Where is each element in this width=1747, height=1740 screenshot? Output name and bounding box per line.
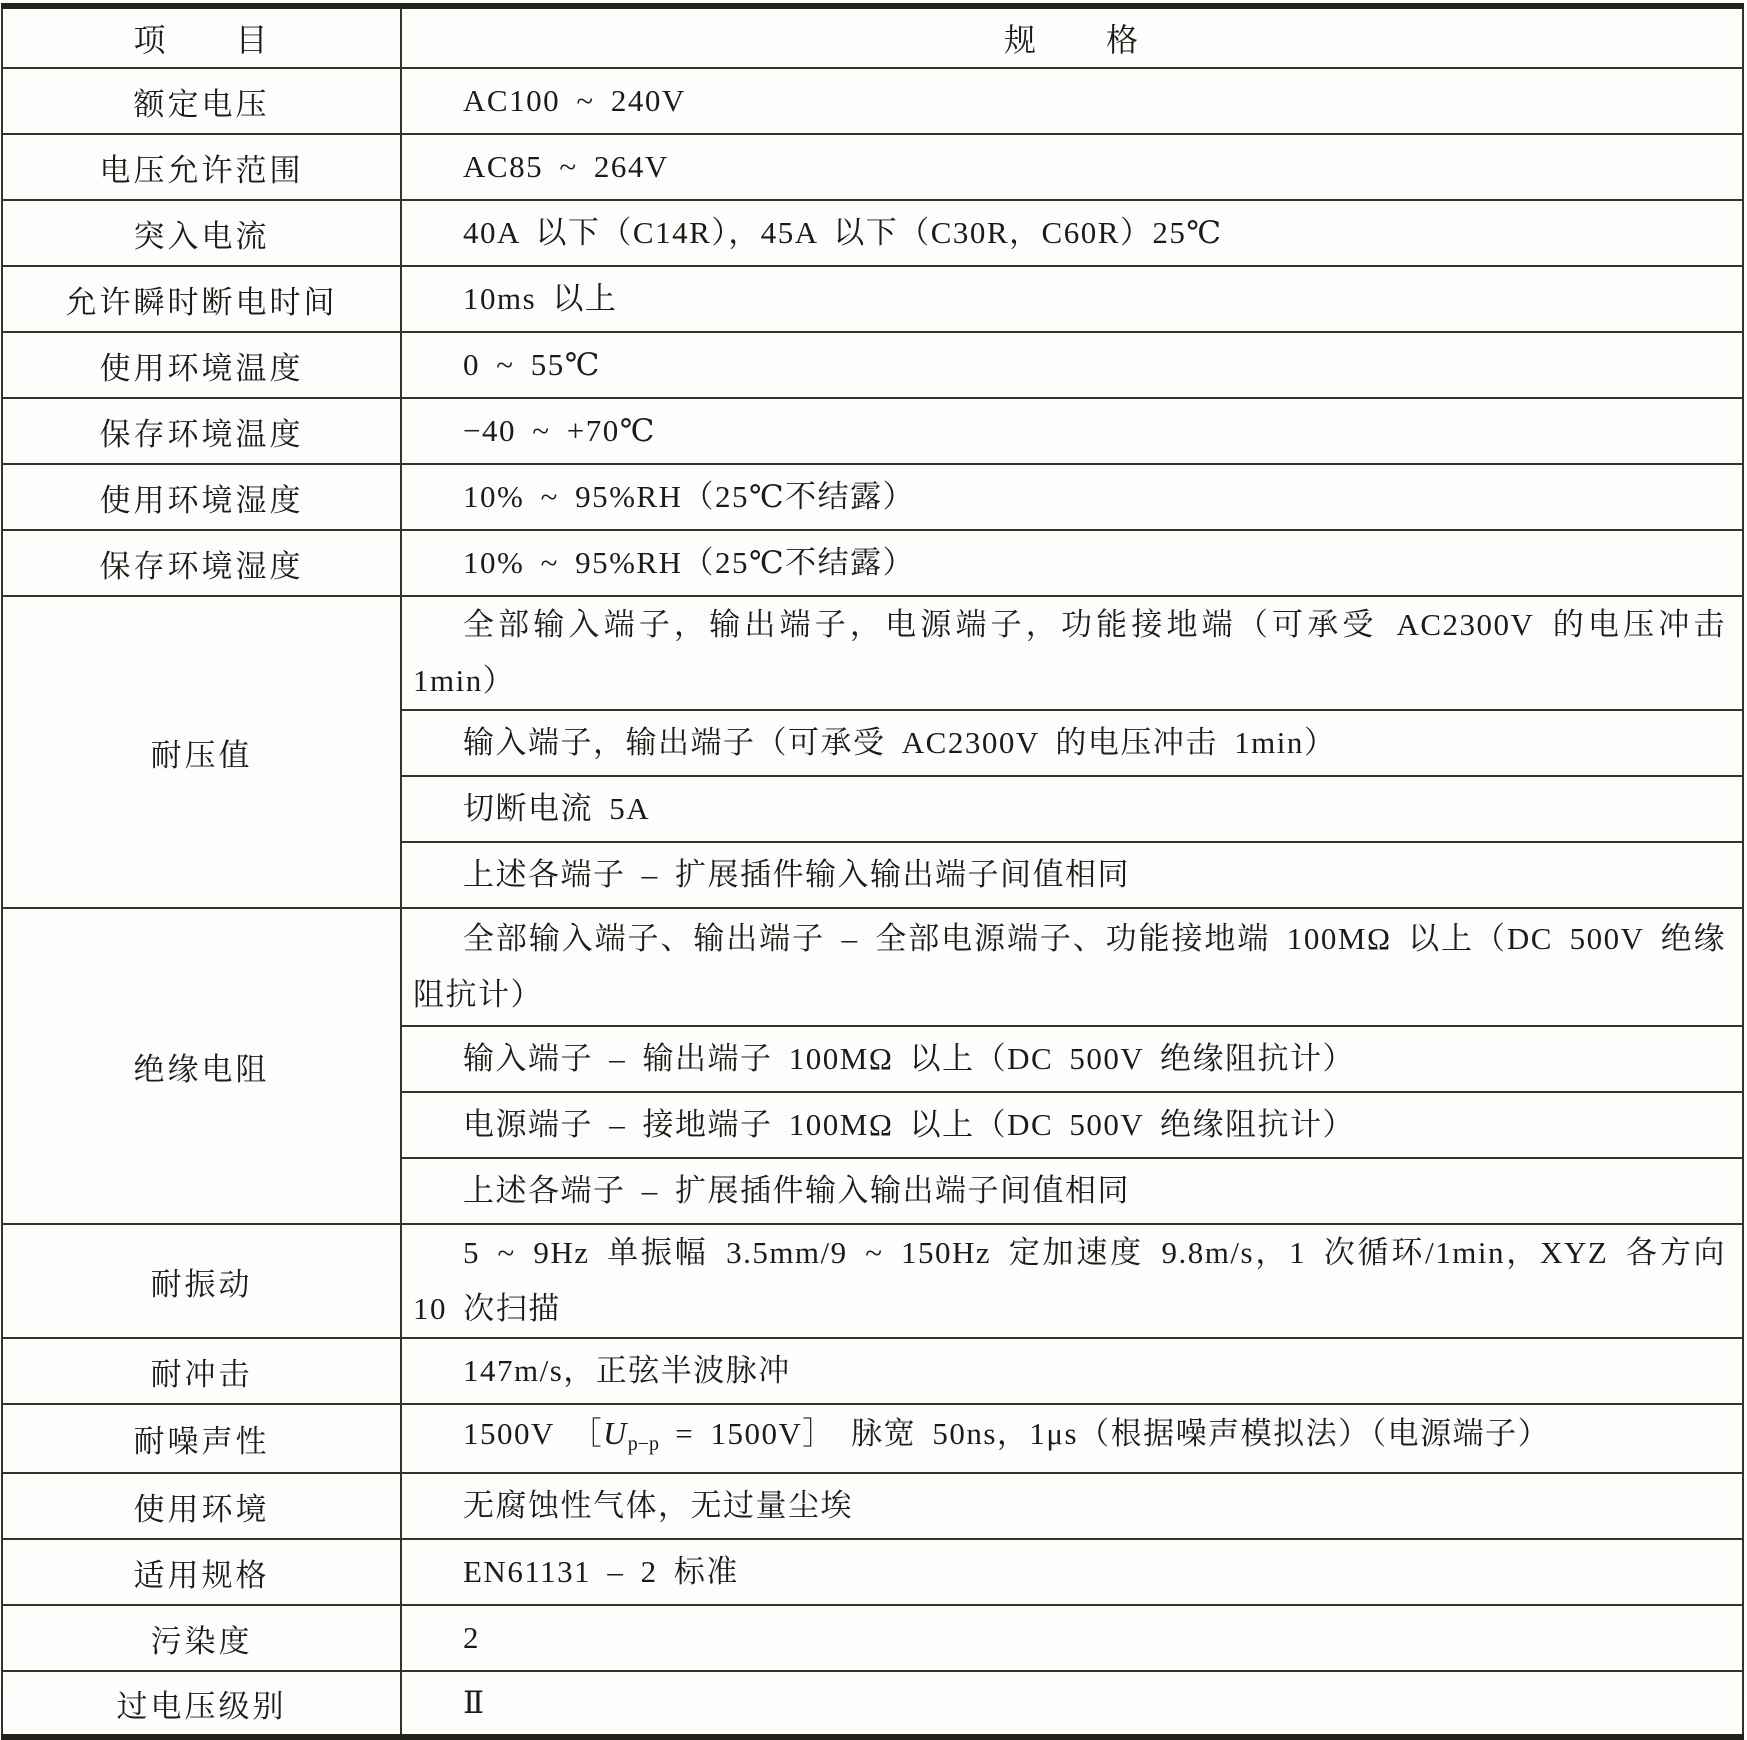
spec-cell: 10% ~ 95%RH（25℃不结露） [401, 464, 1743, 530]
spec-cell: 147m/s，正弦半波脉冲 [401, 1338, 1743, 1404]
row-rated-voltage: 额定电压 AC100 ~ 240V [2, 68, 1743, 134]
item-cell: 额定电压 [2, 68, 401, 134]
spec-table: 项 目 规 格 额定电压 AC100 ~ 240V 电压允许范围 AC85 ~ … [1, 3, 1744, 1740]
spec-cell: 全部输入端子，输出端子，电源端子，功能接地端（可承受 AC2300V 的电压冲击… [401, 596, 1743, 710]
spec-text: 2 [402, 1610, 1742, 1666]
spec-text: 40A 以下（C14R），45A 以下（C30R，C60R）25℃ [402, 205, 1742, 261]
spec-cell: 10ms 以上 [401, 266, 1743, 332]
spec-text: 无腐蚀性气体，无过量尘埃 [402, 1478, 1742, 1534]
item-cell: 保存环境湿度 [2, 530, 401, 596]
row-withstand-voltage: 耐压值 全部输入端子，输出端子，电源端子，功能接地端（可承受 AC2300V 的… [2, 596, 1743, 710]
row-insulation-resistance: 绝缘电阻 全部输入端子、输出端子 – 全部电源端子、功能接地端 100MΩ 以上… [2, 908, 1743, 1026]
noise-spec-suffix: = 1500V］ 脉宽 50ns，1μs（根据噪声模拟法）（电源端子） [659, 1416, 1550, 1451]
item-cell: 电压允许范围 [2, 134, 401, 200]
spec-text: 电源端子 – 接地端子 100MΩ 以上（DC 500V 绝缘阻抗计） [402, 1097, 1742, 1153]
spec-text: 输入端子 – 输出端子 100MΩ 以上（DC 500V 绝缘阻抗计） [402, 1031, 1742, 1087]
spec-text: 5 ~ 9Hz 单振幅 3.5mm/9 ~ 150Hz 定加速度 9.8m/s，… [402, 1225, 1742, 1337]
spec-cell: EN61131 – 2 标准 [401, 1539, 1743, 1605]
spec-text: 147m/s，正弦半波脉冲 [402, 1343, 1742, 1399]
header-row: 项 目 规 格 [2, 6, 1743, 68]
spec-cell: 1500V ［Up−p = 1500V］ 脉宽 50ns，1μs（根据噪声模拟法… [401, 1404, 1743, 1473]
item-cell: 使用环境 [2, 1473, 401, 1539]
row-operating-temperature: 使用环境温度 0 ~ 55℃ [2, 332, 1743, 398]
spec-text: −40 ~ +70℃ [402, 403, 1742, 459]
spec-cell: 切断电流 5A [401, 776, 1743, 842]
spec-text: 10ms 以上 [402, 271, 1742, 327]
row-operating-humidity: 使用环境湿度 10% ~ 95%RH（25℃不结露） [2, 464, 1743, 530]
spec-cell: −40 ~ +70℃ [401, 398, 1743, 464]
row-overvoltage-category: 过电压级别 Ⅱ [2, 1671, 1743, 1737]
spec-text: 全部输入端子、输出端子 – 全部电源端子、功能接地端 100MΩ 以上（DC 5… [402, 911, 1742, 1023]
spec-cell: 上述各端子 – 扩展插件输入输出端子间值相同 [401, 842, 1743, 908]
spec-cell: 上述各端子 – 扩展插件输入输出端子间值相同 [401, 1158, 1743, 1224]
spec-text: 切断电流 5A [402, 781, 1742, 837]
spec-cell: 40A 以下（C14R），45A 以下（C30R，C60R）25℃ [401, 200, 1743, 266]
row-pollution-degree: 污染度 2 [2, 1605, 1743, 1671]
row-power-interruption-time: 允许瞬时断电时间 10ms 以上 [2, 266, 1743, 332]
spec-cell: 5 ~ 9Hz 单振幅 3.5mm/9 ~ 150Hz 定加速度 9.8m/s，… [401, 1224, 1743, 1338]
spec-cell: 无腐蚀性气体，无过量尘埃 [401, 1473, 1743, 1539]
item-cell: 耐振动 [2, 1224, 401, 1338]
spec-text: 全部输入端子，输出端子，电源端子，功能接地端（可承受 AC2300V 的电压冲击… [402, 597, 1742, 709]
spec-text: AC85 ~ 264V [402, 139, 1742, 195]
item-cell: 耐噪声性 [2, 1404, 401, 1473]
item-cell: 保存环境温度 [2, 398, 401, 464]
spec-text: 0 ~ 55℃ [402, 337, 1742, 393]
spec-text: 输入端子，输出端子（可承受 AC2300V 的电压冲击 1min） [402, 715, 1742, 771]
item-cell: 适用规格 [2, 1539, 401, 1605]
row-storage-temperature: 保存环境温度 −40 ~ +70℃ [2, 398, 1743, 464]
spec-cell: 输入端子 – 输出端子 100MΩ 以上（DC 500V 绝缘阻抗计） [401, 1026, 1743, 1092]
item-cell: 允许瞬时断电时间 [2, 266, 401, 332]
spec-text: 1500V ［Up−p = 1500V］ 脉宽 50ns，1μs（根据噪声模拟法… [402, 1405, 1742, 1472]
item-cell: 突入电流 [2, 200, 401, 266]
spec-text: 10% ~ 95%RH（25℃不结露） [402, 535, 1742, 591]
row-voltage-range: 电压允许范围 AC85 ~ 264V [2, 134, 1743, 200]
spec-text: AC100 ~ 240V [402, 73, 1742, 129]
row-inrush-current: 突入电流 40A 以下（C14R），45A 以下（C30R，C60R）25℃ [2, 200, 1743, 266]
row-applicable-standard: 适用规格 EN61131 – 2 标准 [2, 1539, 1743, 1605]
voltage-variable: U [603, 1415, 628, 1451]
voltage-subscript: p−p [628, 1433, 659, 1455]
spec-cell: 0 ~ 55℃ [401, 332, 1743, 398]
spec-cell: Ⅱ [401, 1671, 1743, 1737]
row-vibration-resistance: 耐振动 5 ~ 9Hz 单振幅 3.5mm/9 ~ 150Hz 定加速度 9.8… [2, 1224, 1743, 1338]
item-cell: 使用环境湿度 [2, 464, 401, 530]
item-cell: 污染度 [2, 1605, 401, 1671]
spec-cell: 2 [401, 1605, 1743, 1671]
spec-text: Ⅱ [402, 1675, 1742, 1731]
spec-cell: AC85 ~ 264V [401, 134, 1743, 200]
header-item: 项 目 [2, 6, 401, 68]
row-operating-environment: 使用环境 无腐蚀性气体，无过量尘埃 [2, 1473, 1743, 1539]
spec-text: EN61131 – 2 标准 [402, 1544, 1742, 1600]
item-cell: 绝缘电阻 [2, 908, 401, 1224]
row-noise-immunity: 耐噪声性 1500V ［Up−p = 1500V］ 脉宽 50ns，1μs（根据… [2, 1404, 1743, 1473]
spec-text: 上述各端子 – 扩展插件输入输出端子间值相同 [402, 847, 1742, 903]
item-cell: 使用环境温度 [2, 332, 401, 398]
spec-text: 10% ~ 95%RH（25℃不结露） [402, 469, 1742, 525]
spec-cell: 电源端子 – 接地端子 100MΩ 以上（DC 500V 绝缘阻抗计） [401, 1092, 1743, 1158]
item-cell: 过电压级别 [2, 1671, 401, 1737]
spec-cell: 输入端子，输出端子（可承受 AC2300V 的电压冲击 1min） [401, 710, 1743, 776]
item-cell: 耐压值 [2, 596, 401, 908]
spec-cell: 10% ~ 95%RH（25℃不结露） [401, 530, 1743, 596]
header-spec: 规 格 [401, 6, 1743, 68]
row-shock-resistance: 耐冲击 147m/s，正弦半波脉冲 [2, 1338, 1743, 1404]
spec-text: 上述各端子 – 扩展插件输入输出端子间值相同 [402, 1163, 1742, 1219]
spec-cell: 全部输入端子、输出端子 – 全部电源端子、功能接地端 100MΩ 以上（DC 5… [401, 908, 1743, 1026]
row-storage-humidity: 保存环境湿度 10% ~ 95%RH（25℃不结露） [2, 530, 1743, 596]
item-cell: 耐冲击 [2, 1338, 401, 1404]
document-page: 项 目 规 格 额定电压 AC100 ~ 240V 电压允许范围 AC85 ~ … [0, 0, 1747, 1694]
noise-spec-prefix: 1500V ［ [463, 1416, 603, 1451]
spec-cell: AC100 ~ 240V [401, 68, 1743, 134]
